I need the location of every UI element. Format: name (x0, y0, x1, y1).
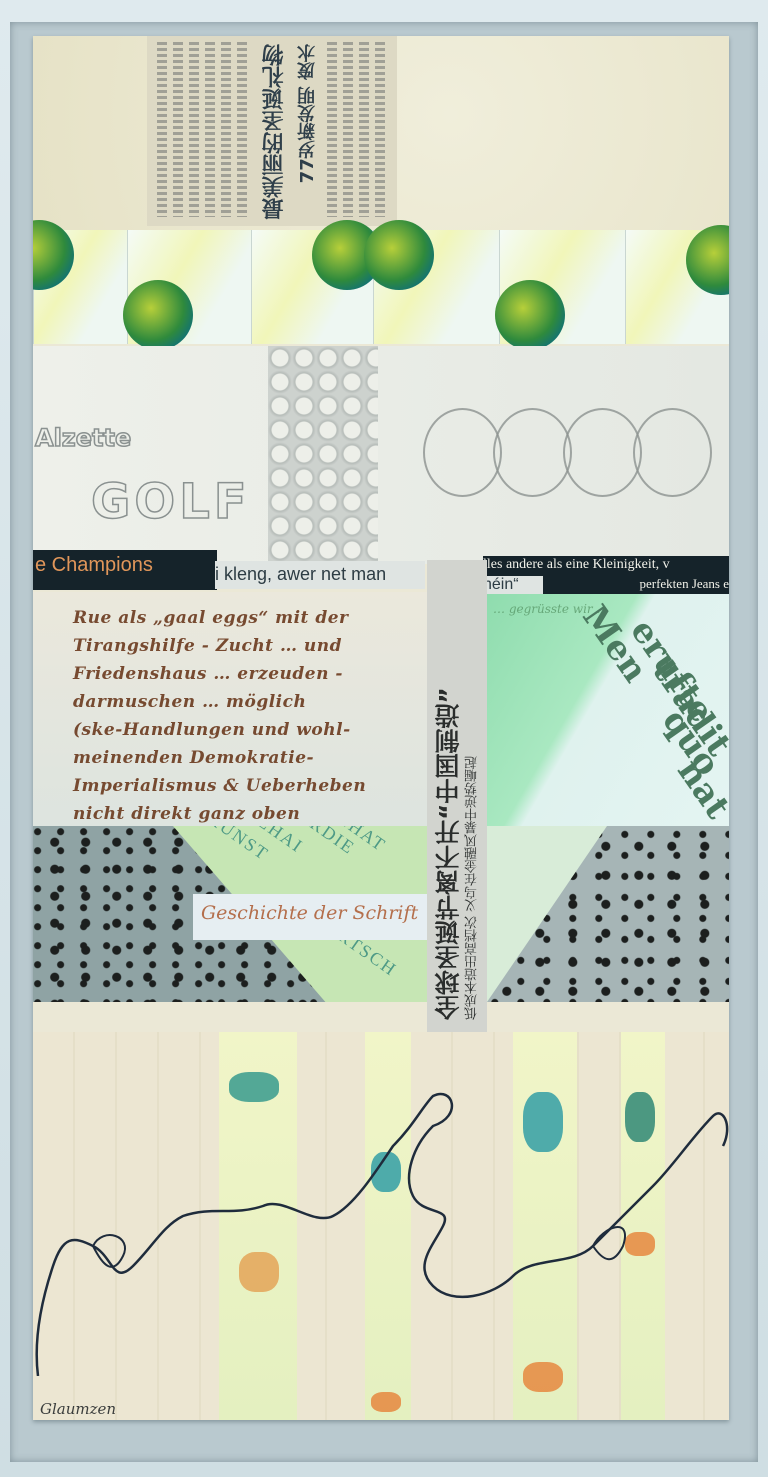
news-column (237, 42, 247, 217)
news-column (327, 42, 337, 217)
ring-rubbing (633, 408, 712, 497)
navy-yarn-thread (33, 1036, 733, 1376)
letter-line: Friedenshaus … erzeuden - (73, 664, 343, 684)
lettering-text: Geschichte der Schrift (201, 902, 418, 924)
letter-line: Tirangshilfe - Zucht … und (73, 636, 342, 656)
green-calligraphy-panel: … gegrüsste wir … Men erufte tradit quo … (487, 592, 729, 828)
handwritten-letter: Rue als „gaal eggs“ mit der Tirangshilfe… (33, 592, 427, 828)
news-column (205, 42, 215, 217)
letter-line: meinenden Demokratie- (73, 748, 314, 768)
ring-rubbing (563, 408, 642, 497)
artist-signature: Glaumzen (40, 1400, 116, 1418)
news-column (343, 42, 353, 217)
chinese-headline-strip: 全球圣诞节离不开“中国制造” 低成本造出高档次 义乌在金融风暴中逆势崛起 (427, 560, 487, 1034)
print-tile (251, 230, 374, 344)
letter-line: nicht direkt ganz oben (73, 804, 300, 824)
ring-rubbing (493, 408, 572, 497)
news-column (221, 42, 231, 217)
rubbing-label-golf: GOLF (91, 474, 251, 530)
news-headline: 最美丽的圣诞礼物 (259, 44, 290, 220)
news-column (375, 42, 385, 217)
pencil-rubbing-panel: Alzette GOLF (33, 346, 729, 564)
german-strip-1: lles andere als eine Kleinigkeit, v (483, 556, 729, 576)
chinese-headline: 全球圣诞节离不开“中国制造” (431, 570, 467, 1020)
print-tile (127, 230, 252, 344)
green-orb-prints-band (33, 230, 729, 344)
news-subheadline: 77岁新发明 废水 (295, 44, 321, 183)
news-column (157, 42, 167, 217)
chinese-newspaper-clipping: 最美丽的圣诞礼物 77岁新发明 废水 (147, 36, 397, 226)
rubbing-label-alzette: Alzette (35, 424, 131, 452)
hexagon-rubbing (268, 346, 378, 564)
news-column (359, 42, 369, 217)
ring-rubbing (423, 408, 502, 497)
hein-strip: héin“ (483, 576, 543, 594)
luxembourgish-strip: i kleng, awer net man (215, 561, 425, 589)
german-strip-2: perfekten Jeans e (543, 576, 729, 594)
letter-line: (ske-Handlungen und wohl- (73, 720, 351, 740)
geschichte-der-schrift-strip: Geschichte der Schrift (193, 894, 427, 940)
chinese-subhead: 低成本造出高档次 义乌在金融风暴中逆势崛起 (463, 580, 482, 1020)
print-tile (33, 230, 128, 344)
print-tile (373, 230, 500, 344)
news-column (189, 42, 199, 217)
letter-line: Rue als „gaal eggs“ mit der (73, 608, 349, 628)
letter-line: darmuschen … möglich (73, 692, 306, 712)
print-tile (499, 230, 626, 344)
print-tile (625, 230, 729, 344)
news-column (173, 42, 183, 217)
letter-line: Imperialismus & Ueberheben (73, 776, 366, 796)
champions-strip: e Champions (33, 550, 217, 590)
